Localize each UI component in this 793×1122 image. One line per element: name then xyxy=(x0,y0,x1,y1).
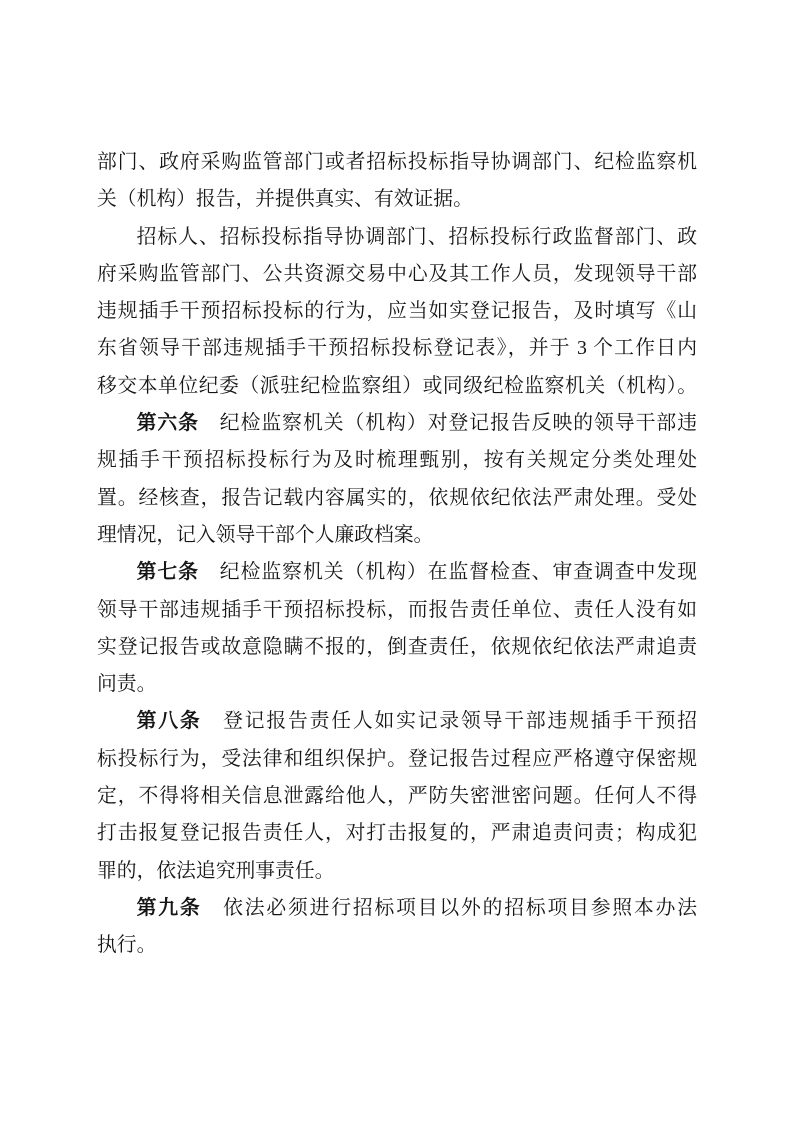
line-text: 登记报告责任人如实记录领导干部违规插手干预招 xyxy=(221,710,697,732)
line-text: 招标人、招标投标指导协调部门、招标投标行政监督部门、政 xyxy=(137,226,697,248)
line-text: 打击报复登记报告责任人，对打击报复的，严肃追责问责；构成犯 xyxy=(97,822,697,844)
article-number: 第六条 xyxy=(137,412,199,434)
text-line: 罪的，依法追究刑事责任。 xyxy=(97,853,697,890)
text-line: 问责。 xyxy=(97,666,697,703)
text-line: 执行。 xyxy=(97,927,697,964)
line-text: 执行。 xyxy=(97,934,156,956)
line-text: 理情况，记入领导干部个人廉政档案。 xyxy=(97,524,433,546)
line-text: 东省领导干部违规插手干预招标投标登记表》，并于 3 个工作日内 xyxy=(97,337,697,359)
line-text: 定，不得将相关信息泄露给他人，严防失密泄密问题。任何人不得 xyxy=(97,785,697,807)
line-text: 罪的，依法追究刑事责任。 xyxy=(97,860,334,882)
text-line: 第九条依法必须进行招标项目以外的招标项目参照本办法 xyxy=(97,890,697,927)
text-line: 第七条纪检监察机关（机构）在监督检查、审查调查中发现 xyxy=(97,554,697,591)
line-text: 府采购监管部门、公共资源交易中心及其工作人员，发现领导干部 xyxy=(97,263,697,285)
text-line: 移交本单位纪委（派驻纪检监察组）或同级纪检监察机关（机构）。 xyxy=(97,368,697,405)
text-line: 第八条登记报告责任人如实记录领导干部违规插手干预招 xyxy=(97,703,697,740)
line-text: 依法必须进行招标项目以外的招标项目参照本办法 xyxy=(221,897,697,919)
line-text: 移交本单位纪委（派驻纪检监察组）或同级纪检监察机关（机构）。 xyxy=(97,375,697,397)
text-line: 部门、政府采购监管部门或者招标投标指导协调部门、纪检监察机 xyxy=(97,144,697,181)
text-line: 定，不得将相关信息泄露给他人，严防失密泄密问题。任何人不得 xyxy=(97,778,697,815)
line-text: 问责。 xyxy=(97,673,156,695)
line-text: 纪检监察机关（机构）对登记报告反映的领导干部违 xyxy=(219,412,697,434)
text-line: 东省领导干部违规插手干预招标投标登记表》，并于 3 个工作日内 xyxy=(97,330,697,367)
article-number: 第八条 xyxy=(137,710,202,732)
line-text: 部门、政府采购监管部门或者招标投标指导协调部门、纪检监察机 xyxy=(97,151,697,173)
line-text: 领导干部违规插手干预招标投标，而报告责任单位、责任人没有如 xyxy=(97,599,697,621)
text-line: 关（机构）报告，并提供真实、有效证据。 xyxy=(97,181,697,218)
text-line: 领导干部违规插手干预招标投标，而报告责任单位、责任人没有如 xyxy=(97,592,697,629)
text-line: 府采购监管部门、公共资源交易中心及其工作人员，发现领导干部 xyxy=(97,256,697,293)
text-line: 第六条纪检监察机关（机构）对登记报告反映的领导干部违 xyxy=(97,405,697,442)
text-line: 招标人、招标投标指导协调部门、招标投标行政监督部门、政 xyxy=(97,219,697,256)
line-text: 标投标行为，受法律和组织保护。登记报告过程应严格遵守保密规 xyxy=(97,748,697,770)
line-text: 实登记报告或故意隐瞒不报的，倒查责任，依规依纪依法严肃追责 xyxy=(97,636,697,658)
article-number: 第七条 xyxy=(137,561,199,583)
line-text: 关（机构）报告，并提供真实、有效证据。 xyxy=(97,188,473,210)
text-line: 打击报复登记报告责任人，对打击报复的，严肃追责问责；构成犯 xyxy=(97,815,697,852)
line-text: 纪检监察机关（机构）在监督检查、审查调查中发现 xyxy=(219,561,697,583)
line-text: 规插手干预招标投标行为及时梳理甄别，按有关规定分类处理处 xyxy=(97,449,697,471)
text-line: 规插手干预招标投标行为及时梳理甄别，按有关规定分类处理处 xyxy=(97,442,697,479)
line-text: 违规插手干预招标投标的行为，应当如实登记报告，及时填写《山 xyxy=(97,300,697,322)
text-line: 违规插手干预招标投标的行为，应当如实登记报告，及时填写《山 xyxy=(97,293,697,330)
line-text: 置。经核查，报告记载内容属实的，依规依纪依法严肃处理。受处 xyxy=(97,487,697,509)
document-body: 部门、政府采购监管部门或者招标投标指导协调部门、纪检监察机关（机构）报告，并提供… xyxy=(97,144,697,965)
text-line: 置。经核查，报告记载内容属实的，依规依纪依法严肃处理。受处 xyxy=(97,480,697,517)
text-line: 实登记报告或故意隐瞒不报的，倒查责任，依规依纪依法严肃追责 xyxy=(97,629,697,666)
article-number: 第九条 xyxy=(137,897,202,919)
text-line: 标投标行为，受法律和组织保护。登记报告过程应严格遵守保密规 xyxy=(97,741,697,778)
text-line: 理情况，记入领导干部个人廉政档案。 xyxy=(97,517,697,554)
document-page: 部门、政府采购监管部门或者招标投标指导协调部门、纪检监察机关（机构）报告，并提供… xyxy=(0,0,793,1122)
